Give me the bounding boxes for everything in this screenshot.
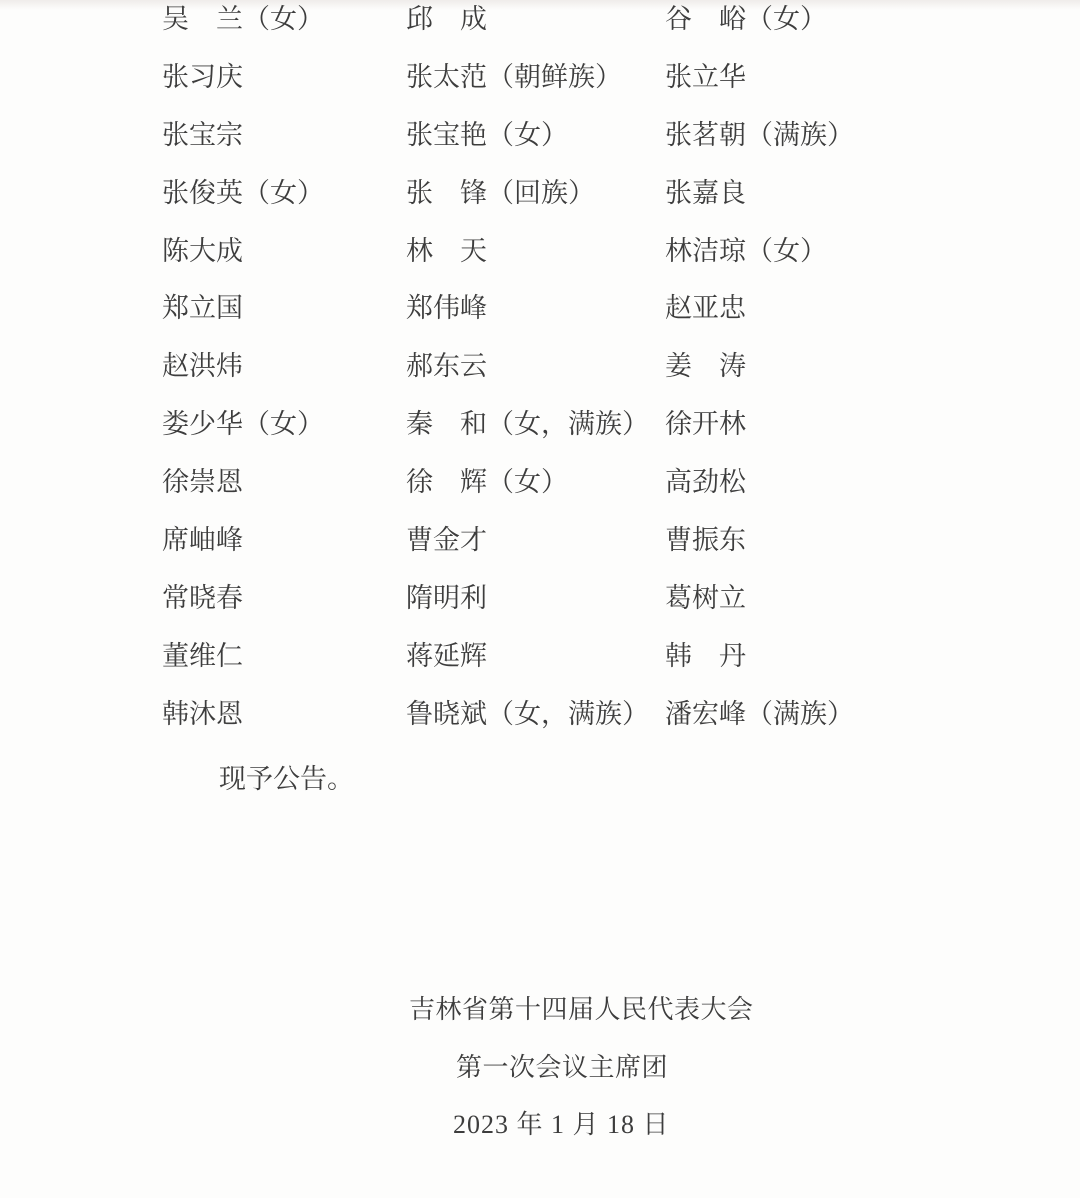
name-row: 董维仁 蒋延辉 韩 丹 [0, 641, 1080, 699]
delegate-name: 秦 和（女，满族） [406, 409, 649, 439]
closing-statement: 现予公告。 [219, 757, 354, 796]
delegate-name: 高劲松 [665, 467, 746, 497]
name-row: 吴 兰（女） 邱 成 谷 峪（女） [0, 4, 1080, 62]
name-row: 赵洪炜 郝东云 姜 涛 [0, 351, 1080, 409]
delegate-name: 张嘉良 [665, 178, 746, 208]
name-row: 张宝宗 张宝艳（女） 张茗朝（满族） [0, 120, 1080, 178]
delegate-name: 曹金才 [406, 525, 487, 555]
delegate-name: 郑伟峰 [406, 293, 487, 323]
delegate-name: 常晓春 [162, 583, 243, 613]
delegate-name: 姜 涛 [665, 351, 746, 381]
delegate-name: 张太范（朝鲜族） [406, 62, 622, 92]
delegate-name: 林洁琼（女） [665, 236, 827, 266]
delegate-name: 蒋延辉 [406, 641, 487, 671]
delegate-name: 张 锋（回族） [406, 178, 595, 208]
name-row: 席岫峰 曹金才 曹振东 [0, 525, 1080, 583]
delegate-name: 潘宏峰（满族） [665, 699, 854, 729]
delegate-name: 陈大成 [162, 236, 243, 266]
name-row: 陈大成 林 天 林洁琼（女） [0, 236, 1080, 294]
delegate-name: 赵亚忠 [665, 293, 746, 323]
delegate-name: 郝东云 [406, 351, 487, 381]
name-row: 张俊英（女） 张 锋（回族） 张嘉良 [0, 178, 1080, 236]
delegate-name: 郑立国 [162, 293, 243, 323]
delegate-name: 韩 丹 [665, 641, 746, 671]
delegate-name: 隋明利 [406, 583, 487, 613]
name-row: 郑立国 郑伟峰 赵亚忠 [0, 293, 1080, 351]
delegate-name: 赵洪炜 [162, 351, 243, 381]
name-row: 徐崇恩 徐 辉（女） 高劲松 [0, 467, 1080, 525]
delegate-name: 韩沐恩 [162, 699, 243, 729]
signature-presidium: 第一次会议主席团 [456, 1047, 668, 1084]
delegate-name: 邱 成 [406, 4, 487, 34]
announcement-document: 吴 兰（女） 邱 成 谷 峪（女） 张习庆 张太范（朝鲜族） 张立华 张宝宗 张… [0, 0, 1080, 1198]
delegate-name: 张俊英（女） [162, 178, 324, 208]
delegate-name: 张立华 [665, 62, 746, 92]
delegate-name: 席岫峰 [162, 525, 243, 555]
delegate-name: 鲁晓斌（女，满族） [406, 699, 649, 729]
signature-organization: 吉林省第十四届人民代表大会 [409, 989, 754, 1026]
delegate-name: 曹振东 [665, 525, 746, 555]
delegate-name: 娄少华（女） [162, 409, 324, 439]
name-row: 常晓春 隋明利 葛树立 [0, 583, 1080, 641]
delegate-name: 张宝艳（女） [406, 120, 568, 150]
delegate-name: 徐 辉（女） [406, 467, 568, 497]
name-row: 张习庆 张太范（朝鲜族） 张立华 [0, 62, 1080, 120]
delegate-name: 林 天 [406, 236, 487, 266]
delegate-name: 吴 兰（女） [162, 4, 324, 34]
delegate-name: 徐开林 [665, 409, 746, 439]
signature-date: 2023 年 1 月 18 日 [453, 1104, 670, 1141]
delegate-name: 徐崇恩 [162, 467, 243, 497]
delegate-name: 葛树立 [665, 583, 746, 613]
name-row: 韩沐恩 鲁晓斌（女，满族） 潘宏峰（满族） [0, 699, 1080, 757]
delegate-name: 张宝宗 [162, 120, 243, 150]
delegate-name: 张茗朝（满族） [665, 120, 854, 150]
delegate-name-list: 吴 兰（女） 邱 成 谷 峪（女） 张习庆 张太范（朝鲜族） 张立华 张宝宗 张… [0, 4, 1080, 757]
name-row: 娄少华（女） 秦 和（女，满族） 徐开林 [0, 409, 1080, 467]
delegate-name: 张习庆 [162, 62, 243, 92]
delegate-name: 董维仁 [162, 641, 243, 671]
delegate-name: 谷 峪（女） [665, 4, 827, 34]
